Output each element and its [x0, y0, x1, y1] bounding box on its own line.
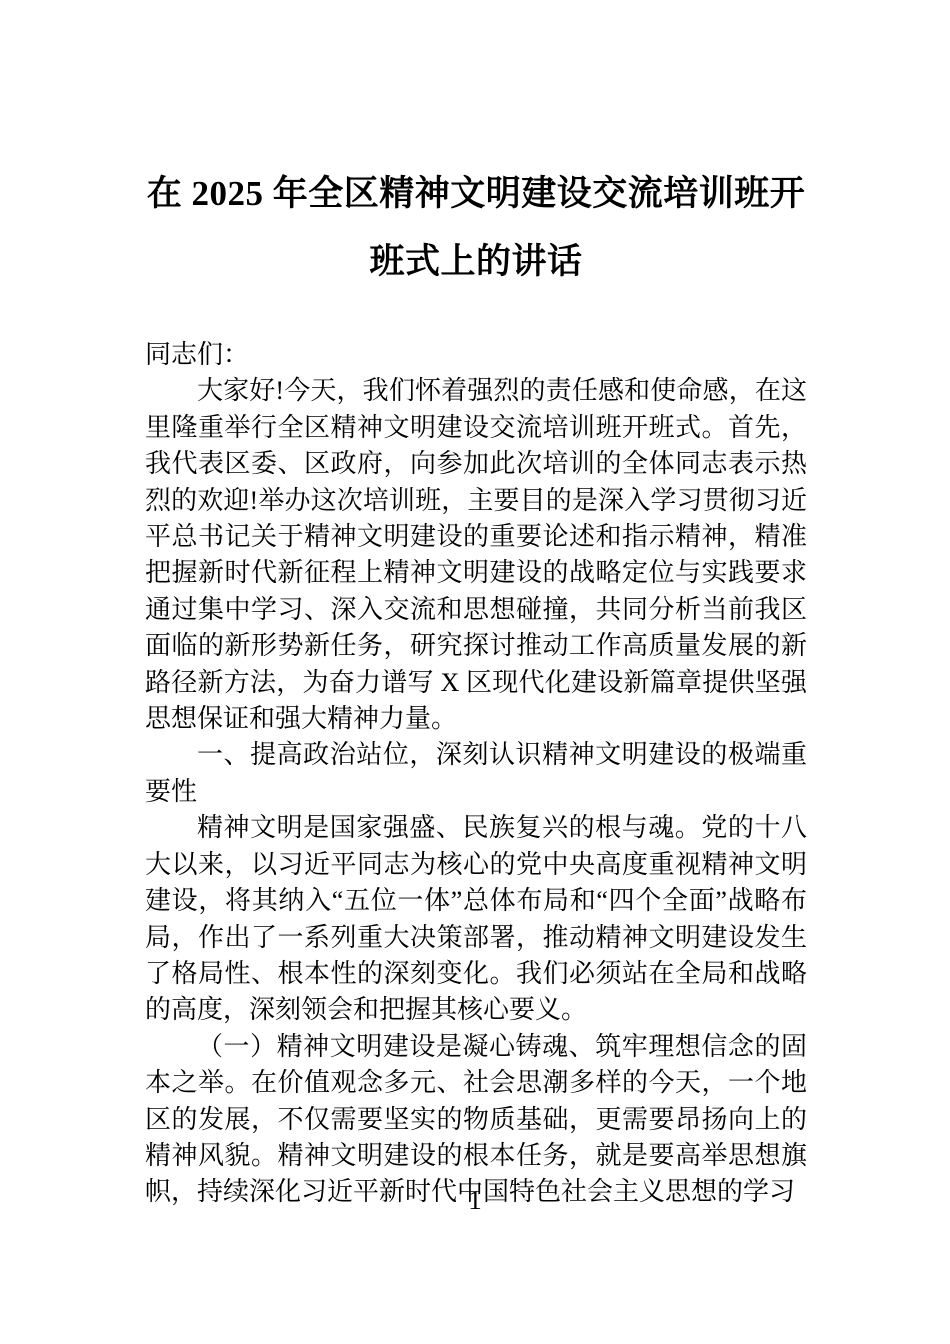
document-page: 在 2025 年全区精神文明建设交流培训班开班式上的讲话 同志们： 大家好!今天…: [0, 0, 950, 1344]
document-title: 在 2025 年全区精神文明建设交流培训班开班式上的讲话: [145, 160, 807, 296]
salutation: 同志们：: [145, 337, 807, 373]
paragraph-section-1: 精神文明是国家强盛、民族复兴的根与魂。党的十八大以来，以习近平同志为核心的党中央…: [145, 810, 807, 1028]
document-body: 同志们： 大家好!今天，我们怀着强烈的责任感和使命感，在这里隆重举行全区精神文明…: [145, 337, 807, 1211]
section-heading-1: 一、提高政治站位，深刻认识精神文明建设的极端重要性: [145, 737, 807, 810]
paragraph-opening: 大家好!今天，我们怀着强烈的责任感和使命感，在这里隆重举行全区精神文明建设交流培…: [145, 373, 807, 737]
document-content: 在 2025 年全区精神文明建设交流培训班开班式上的讲话 同志们： 大家好!今天…: [145, 160, 807, 1211]
page-number: 1: [0, 1184, 950, 1216]
